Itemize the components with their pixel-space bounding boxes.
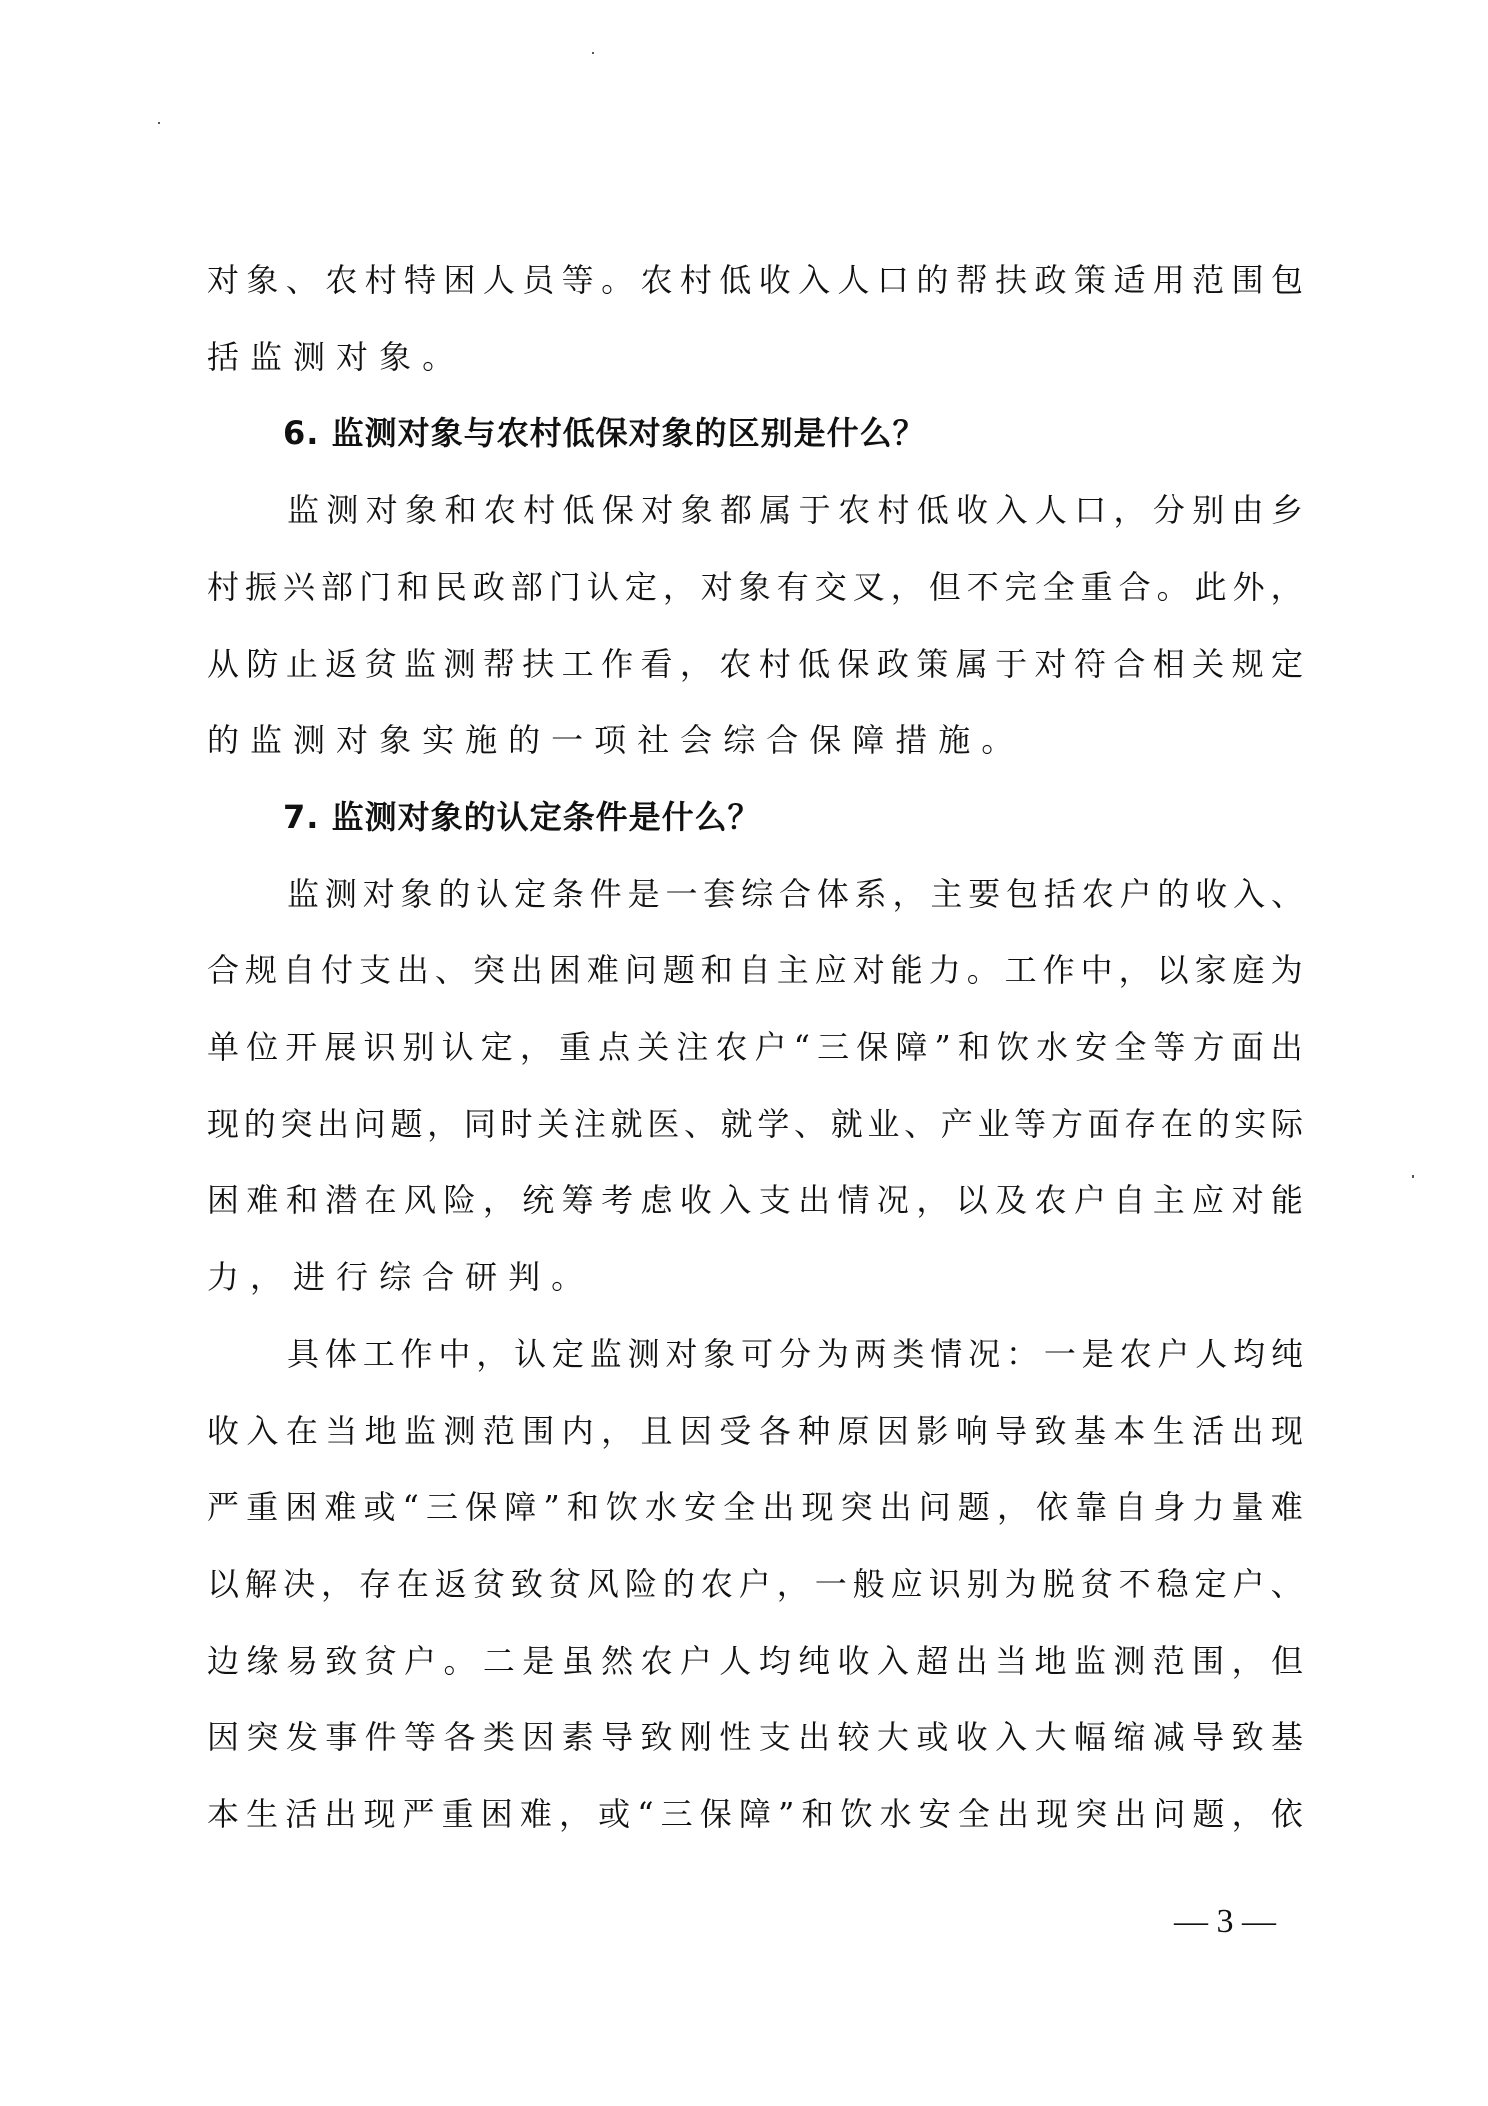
paragraph-line: 括监测对象。: [207, 339, 1303, 379]
section-heading: 6. 监测对象与农村低保对象的区别是什么？: [283, 415, 926, 455]
paragraph-line: 监测对象和农村低保对象都属于农村低收入人口，分别由乡: [287, 492, 1303, 532]
paragraph-line: 因突发事件等各类因素导致刚性支出较大或收入大幅缩减导致基: [207, 1719, 1303, 1759]
paragraph-line: 单位开展识别认定，重点关注农户“三保障”和饮水安全等方面出: [207, 1029, 1303, 1069]
paragraph-line: 从防止返贫监测帮扶工作看，农村低保政策属于对符合相关规定: [207, 646, 1303, 686]
paragraph-line: 合规自付支出、突出困难问题和自主应对能力。工作中，以家庭为: [207, 952, 1303, 992]
scan-speck: [158, 122, 160, 124]
paragraph-line: 现的突出问题，同时关注就医、就学、就业、产业等方面存在的实际: [207, 1106, 1303, 1146]
paragraph-line: 边缘易致贫户。二是虽然农户人均纯收入超出当地监测范围，但: [207, 1643, 1303, 1683]
scan-speck: [592, 52, 594, 54]
scan-speck: [1412, 1175, 1414, 1178]
paragraph-line: 对象、农村特困人员等。农村低收入人口的帮扶政策适用范围包: [207, 262, 1303, 302]
paragraph-line: 本生活出现严重困难，或“三保障”和饮水安全出现突出问题，依: [207, 1796, 1303, 1836]
paragraph-line: 以解决，存在返贫致贫风险的农户，一般应识别为脱贫不稳定户、: [207, 1566, 1303, 1606]
paragraph-line: 监测对象的认定条件是一套综合体系，主要包括农户的收入、: [287, 876, 1303, 916]
paragraph-line: 严重困难或“三保障”和饮水安全出现突出问题，依靠自身力量难: [207, 1489, 1303, 1529]
paragraph-line: 的监测对象实施的一项社会综合保障措施。: [207, 722, 1303, 762]
document-page: 对象、农村特困人员等。农村低收入人口的帮扶政策适用范围包括监测对象。6. 监测对…: [0, 0, 1488, 2106]
paragraph-line: 收入在当地监测范围内，且因受各种原因影响导致基本生活出现: [207, 1413, 1303, 1453]
paragraph-line: 具体工作中，认定监测对象可分为两类情况：一是农户人均纯: [287, 1336, 1303, 1376]
section-heading: 7. 监测对象的认定条件是什么？: [283, 799, 761, 839]
paragraph-line: 村振兴部门和民政部门认定，对象有交叉，但不完全重合。此外，: [207, 569, 1303, 609]
page-number: — 3 —: [1160, 1902, 1290, 1942]
paragraph-line: 力，进行综合研判。: [207, 1259, 1303, 1299]
paragraph-line: 困难和潜在风险，统筹考虑收入支出情况，以及农户自主应对能: [207, 1182, 1303, 1222]
